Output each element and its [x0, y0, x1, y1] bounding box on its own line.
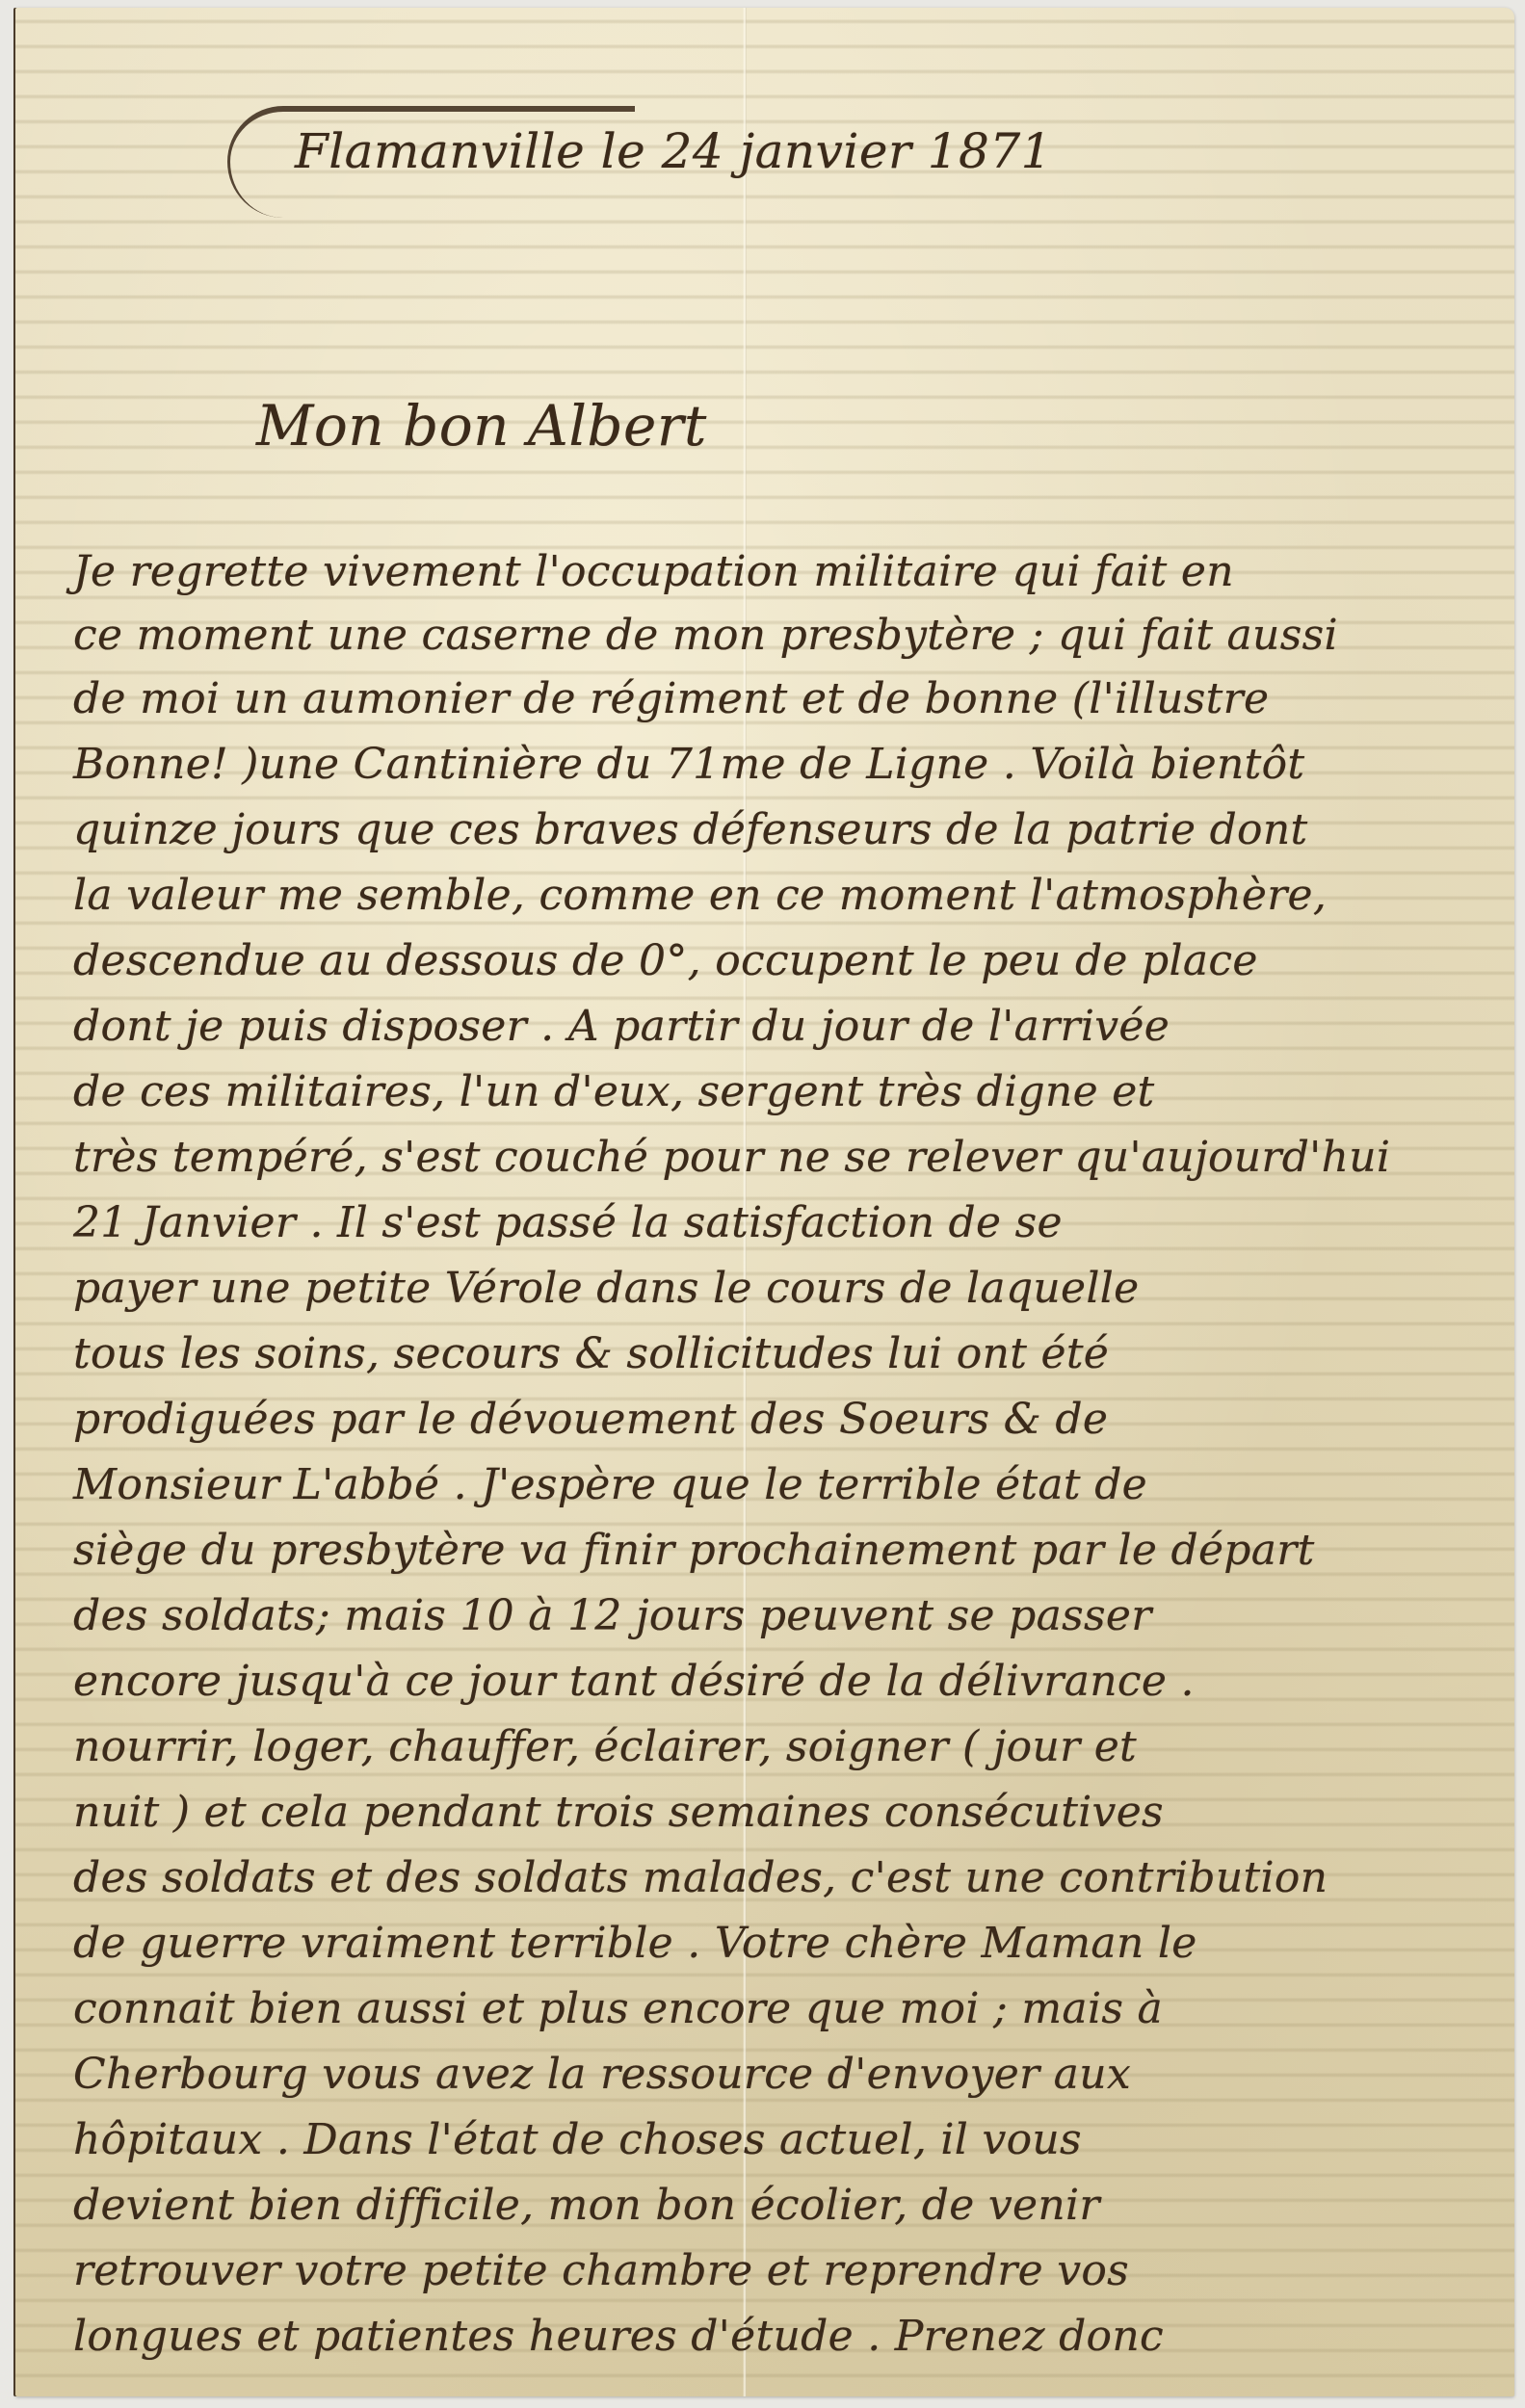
- letter-line: ce moment une caserne de mon presbytère …: [73, 611, 1338, 660]
- letter-line: nourrir, loger, chauffer, éclairer, soig…: [73, 1722, 1137, 1771]
- letter-line: des soldats; mais 10 à 12 jours peuvent …: [73, 1591, 1152, 1640]
- letter-line: siège du presbytère va finir prochaineme…: [73, 1526, 1315, 1575]
- letter-line: longues et patientes heures d'étude . Pr…: [73, 2312, 1164, 2361]
- letter-line: de ces militaires, l'un d'eux, sergent t…: [73, 1067, 1155, 1116]
- letter-line: des soldats et des soldats malades, c'es…: [73, 1853, 1328, 1902]
- letter-line: très tempéré, s'est couché pour ne se re…: [73, 1133, 1390, 1182]
- letter-line: hôpitaux . Dans l'état de choses actuel,…: [73, 2115, 1082, 2164]
- letter-line: Je regrette vivement l'occupation milita…: [73, 547, 1234, 596]
- letter-line: payer une petite Vérole dans le cours de…: [73, 1264, 1139, 1313]
- letter-line: Bonne! )une Cantinière du 71me de Ligne …: [73, 740, 1304, 789]
- letter-line: Cherbourg vous avez la ressource d'envoy…: [73, 2050, 1131, 2099]
- letter-line: dont je puis disposer . A partir du jour…: [73, 1002, 1170, 1051]
- letter-line: de guerre vraiment terrible . Votre chèr…: [73, 1919, 1197, 1968]
- dateline-flourish: [227, 106, 635, 218]
- letter-line: retrouver votre petite chambre et repren…: [73, 2246, 1129, 2295]
- letter-line: nuit ) et cela pendant trois semaines co…: [73, 1788, 1164, 1837]
- dateline: Flamanville le 24 janvier 1871: [295, 123, 1052, 179]
- letter-line: descendue au dessous de 0°, occupent le …: [73, 936, 1258, 985]
- letter-line: 21 Janvier . Il s'est passé la satisfact…: [73, 1198, 1063, 1247]
- letter-line: quinze jours que ces braves défenseurs d…: [73, 805, 1307, 854]
- letter-line: devient bien difficile, mon bon écolier,…: [73, 2181, 1100, 2230]
- letter-line: de moi un aumonier de régiment et de bon…: [73, 674, 1269, 723]
- letter-line: encore jusqu'à ce jour tant désiré de la…: [73, 1657, 1195, 1706]
- letter-line: Monsieur L'abbé . J'espère que le terrib…: [73, 1460, 1147, 1509]
- letter-line: la valeur me semble, comme en ce moment …: [73, 871, 1327, 920]
- letter-page: Flamanville le 24 janvier 1871 Mon bon A…: [15, 8, 1514, 2396]
- letter-line: tous les soins, secours & sollicitudes l…: [73, 1329, 1109, 1378]
- letter-line: connait bien aussi et plus encore que mo…: [73, 1984, 1163, 2033]
- salutation: Mon bon Albert: [256, 393, 707, 458]
- letter-line: prodiguées par le dévouement des Soeurs …: [73, 1395, 1108, 1444]
